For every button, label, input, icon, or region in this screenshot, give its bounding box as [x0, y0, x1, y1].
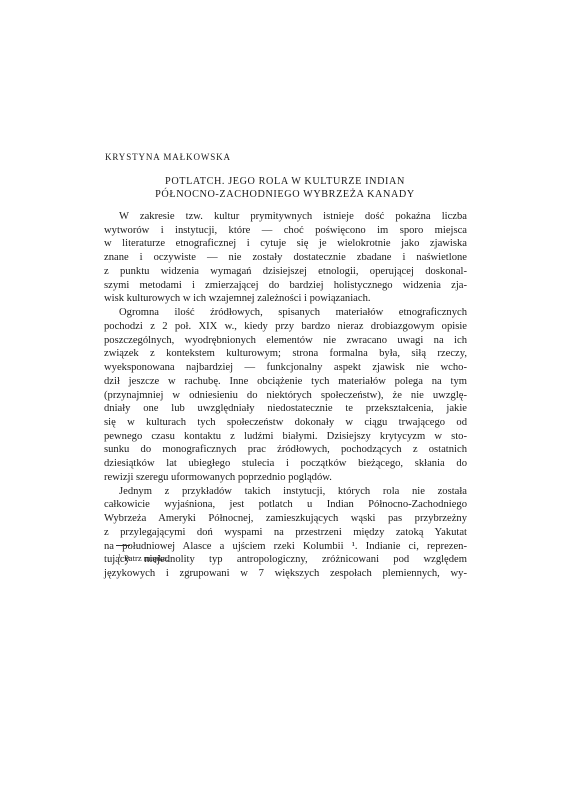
- body-line: wisk kulturowych w ich wzajemnej zależno…: [104, 292, 467, 306]
- footnote-text: Patrz mapka.: [124, 553, 169, 563]
- article-title: POTLATCH. JEGO ROLA W KULTURZE INDIAN PÓ…: [100, 176, 470, 201]
- body-line: na południowej Alasce a ujściem rzeki Ko…: [104, 540, 467, 554]
- body-line: z punktu widzenia wymagań dzisiejszej et…: [104, 265, 467, 279]
- footnote-marker: 1: [118, 554, 121, 560]
- author-name: KRYSTYNA MAŁKOWSKA: [105, 152, 231, 162]
- body-line: Ogromna ilość źródłowych, spisanych mate…: [104, 306, 467, 320]
- body-line: w literaturze etnograficznej i cytuje si…: [104, 237, 467, 251]
- body-line: z przylegającymi doń wyspami na przestrz…: [104, 526, 467, 540]
- body-line: pochodzi z 2 poł. XIX w., kiedy przy bar…: [104, 320, 467, 334]
- body-line: związek z kontekstem kulturowym; strona …: [104, 347, 467, 361]
- body-line: rewizji szeregu uformowanych poprzednio …: [104, 471, 467, 485]
- footnote: 1Patrz mapka.: [118, 553, 169, 563]
- body-line: dziesiątków lat ubiegłego stulecia i poc…: [104, 457, 467, 471]
- body-line: W zakresie tzw. kultur prymitywnych istn…: [104, 210, 467, 224]
- body-line: Jednym z przykładów takich instytucji, k…: [104, 485, 467, 499]
- article-body: W zakresie tzw. kultur prymitywnych istn…: [104, 210, 467, 581]
- body-line: poszczególnych, wyodrębnionych elementów…: [104, 334, 467, 348]
- body-line: wytworów i instytucji, które — choć pośw…: [104, 224, 467, 238]
- body-line: Wybrzeża Ameryki Północnej, zamieszkując…: [104, 512, 467, 526]
- title-line-1: POTLATCH. JEGO ROLA W KULTURZE INDIAN: [100, 176, 470, 189]
- body-line: dził jeszcze w rachubę. Inne obciążenie …: [104, 375, 467, 389]
- body-line: znane i oczywiste — nie zostały dostatec…: [104, 251, 467, 265]
- body-line: dniały one lub uwzględniały niedostatecz…: [104, 402, 467, 416]
- footnote-separator: [116, 545, 130, 546]
- body-line: całkowicie wyjaśniona, jest potlatch u I…: [104, 498, 467, 512]
- body-line: pewnego czasu kontaktu z ludźmi białymi.…: [104, 430, 467, 444]
- body-line: się w kulturach tych społeczeństw dokona…: [104, 416, 467, 430]
- body-line: sunku do monograficznych prac źródłowych…: [104, 443, 467, 457]
- title-line-2: PÓŁNOCNO-ZACHODNIEGO WYBRZEŻA KANADY: [100, 189, 470, 202]
- body-line: wyeksponowana najbardziej — funkcjonalny…: [104, 361, 467, 375]
- body-line: szymi metodami i zmierzającej do bardzie…: [104, 279, 467, 293]
- body-line: (przynajmniej w odniesieniu do niektóryc…: [104, 389, 467, 403]
- body-line: językowych i zgrupowani w 7 większych ze…: [104, 567, 467, 581]
